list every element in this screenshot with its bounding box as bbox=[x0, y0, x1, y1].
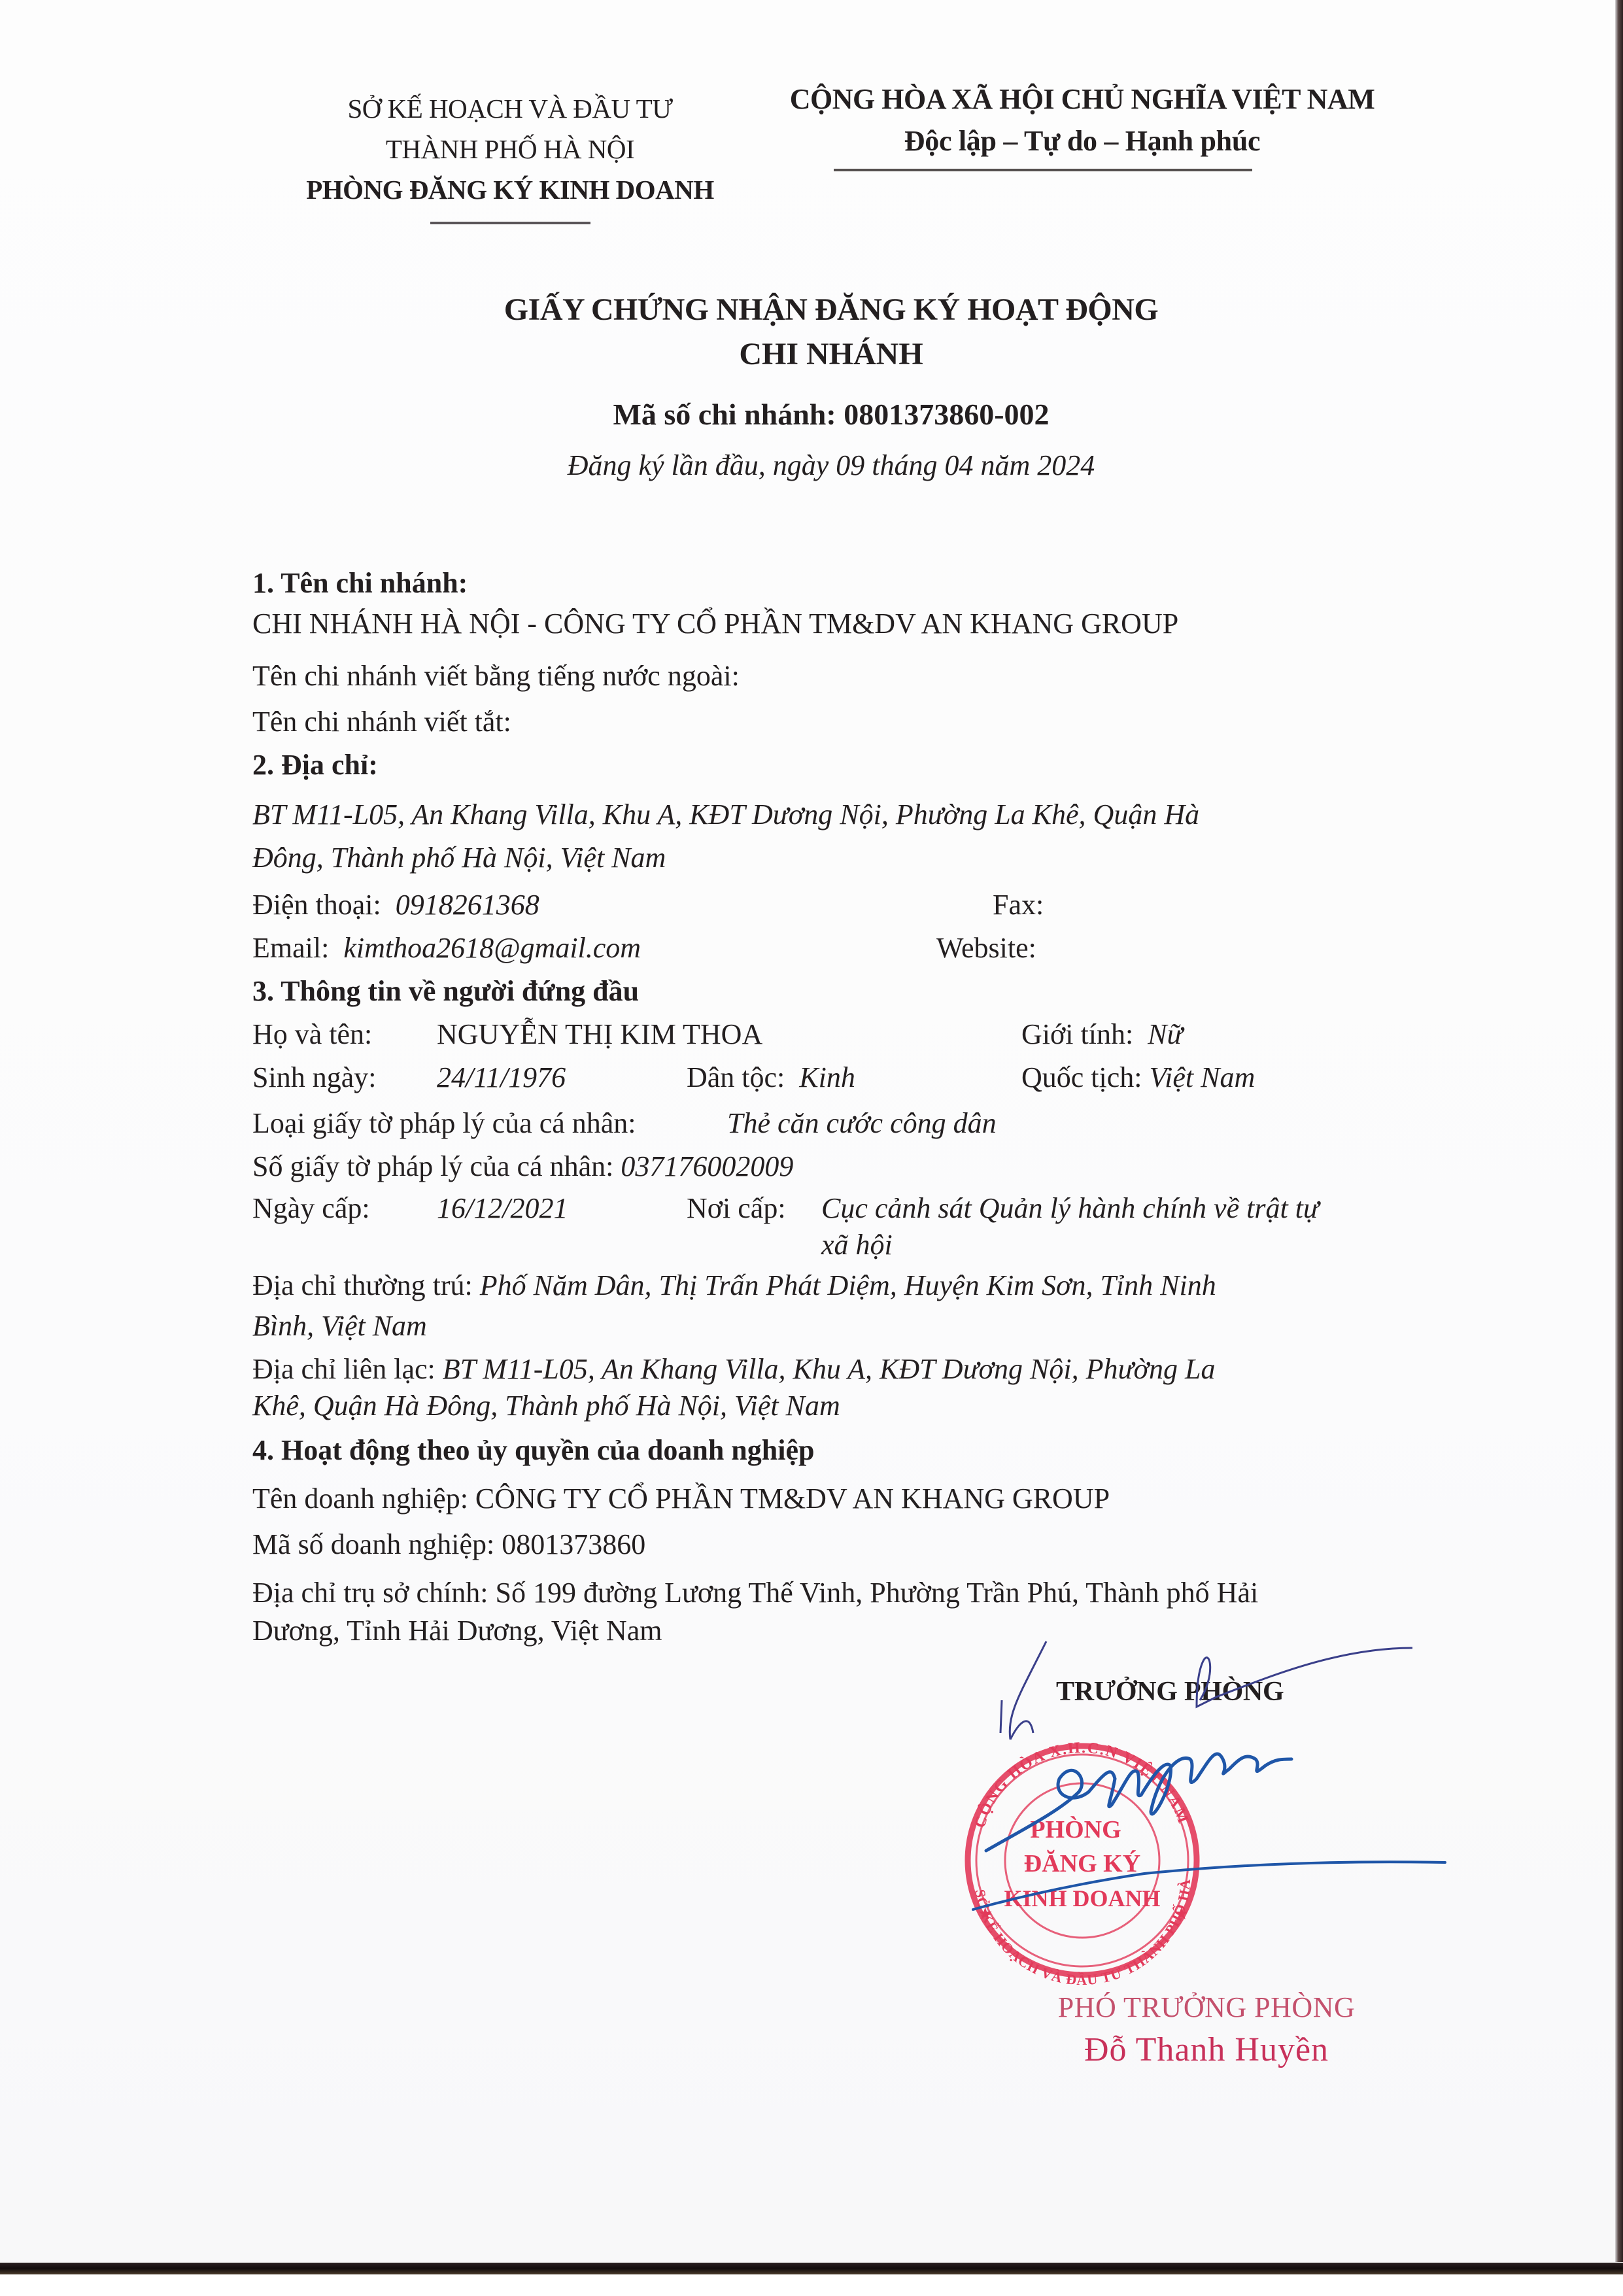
registration-date: Đăng ký lần đầu, ngày 09 tháng 04 năm 20… bbox=[39, 443, 1623, 488]
issue-date-value: 16/12/2021 bbox=[437, 1188, 568, 1229]
email-value: kimthoa2618@gmail.com bbox=[343, 932, 641, 964]
permanent-address-label: Địa chỉ thường trú: bbox=[252, 1269, 473, 1301]
issue-place-line-2: xã hội bbox=[821, 1224, 893, 1266]
certificate-subtitle: CHI NHÁNH bbox=[39, 332, 1623, 377]
email-row: Email: kimthoa2618@gmail.com bbox=[252, 927, 641, 969]
section-2-heading: 2. Địa chỉ: bbox=[252, 744, 378, 786]
company-name-value: CÔNG TY CỔ PHẦN TM&DV AN KHANG GROUP bbox=[475, 1482, 1110, 1515]
short-name-label: Tên chi nhánh viết tắt: bbox=[252, 706, 511, 738]
branch-code-value: 0801373860-002 bbox=[844, 398, 1049, 431]
id-number-value: 037176002009 bbox=[621, 1150, 793, 1182]
branch-code-label: Mã số chi nhánh: bbox=[613, 398, 836, 431]
permanent-address-value: Phố Năm Dân, Thị Trấn Phát Diệm, Huyện K… bbox=[480, 1269, 1216, 1301]
phone-row: Điện thoại: 0918261368 bbox=[252, 884, 539, 926]
ethnicity-value: Kinh bbox=[799, 1061, 855, 1093]
nationality-label: Quốc tịch: bbox=[1021, 1061, 1142, 1093]
id-number-label: Số giấy tờ pháp lý của cá nhân: bbox=[252, 1150, 613, 1182]
issue-date-label: Ngày cấp: bbox=[252, 1188, 370, 1229]
country-name: CỘNG HÒA XÃ HỘI CHỦ NGHĨA VIỆT NAM bbox=[772, 78, 1393, 120]
company-name-row: Tên doanh nghiệp: CÔNG TY CỔ PHẦN TM&DV … bbox=[252, 1478, 1110, 1520]
phone-value: 0918261368 bbox=[396, 889, 539, 921]
issue-place-label: Nơi cấp: bbox=[687, 1188, 786, 1229]
signer-title: PHÓ TRƯỞNG PHÒNG bbox=[1043, 1988, 1370, 2027]
branch-name: CHI NHÁNH HÀ NỘI - CÔNG TY CỔ PHẦN TM&DV… bbox=[252, 603, 1178, 645]
ethnicity-row: Dân tộc: Kinh bbox=[687, 1057, 855, 1099]
contact-address-line-1: Địa chỉ liên lạc: BT M11-L05, An Khang V… bbox=[252, 1348, 1215, 1390]
dob-value: 24/11/1976 bbox=[437, 1057, 566, 1099]
gender-row: Giới tính: Nữ bbox=[1021, 1014, 1183, 1055]
website-label: Website: bbox=[936, 932, 1036, 964]
gender-label: Giới tính: bbox=[1021, 1018, 1133, 1050]
branch-code-line: Mã số chi nhánh: 0801373860-002 bbox=[39, 392, 1623, 437]
foreign-name-row: Tên chi nhánh viết bằng tiếng nước ngoài… bbox=[252, 655, 740, 697]
national-motto: Độc lập – Tự do – Hạnh phúc bbox=[772, 120, 1393, 162]
hq-address-line-2: Dương, Tỉnh Hải Dương, Việt Nam bbox=[252, 1610, 662, 1652]
permanent-address-line-1: Địa chỉ thường trú: Phố Năm Dân, Thị Trấ… bbox=[252, 1265, 1216, 1307]
company-code-value: 0801373860 bbox=[502, 1528, 645, 1560]
motto-underline bbox=[834, 169, 1252, 171]
contact-address-value: BT M11-L05, An Khang Villa, Khu A, KĐT D… bbox=[443, 1353, 1216, 1385]
issuing-agency-header: SỞ KẾ HOẠCH VÀ ĐẦU TƯ THÀNH PHỐ HÀ NỘI P… bbox=[248, 88, 772, 224]
website-row: Website: bbox=[936, 927, 1036, 969]
dob-label: Sinh ngày: bbox=[252, 1057, 376, 1099]
id-number-row: Số giấy tờ pháp lý của cá nhân: 03717600… bbox=[252, 1146, 793, 1188]
ethnicity-label: Dân tộc: bbox=[687, 1061, 785, 1093]
nationality-row: Quốc tịch: Việt Nam bbox=[1021, 1057, 1255, 1099]
signature-title: TRƯỞNG PHÒNG bbox=[1056, 1676, 1284, 1707]
email-label: Email: bbox=[252, 932, 329, 964]
agency-line-1: SỞ KẾ HOẠCH VÀ ĐẦU TƯ bbox=[248, 88, 772, 129]
hq-address-line-1: Địa chỉ trụ sở chính: Số 199 đường Lương… bbox=[252, 1572, 1258, 1614]
gender-value: Nữ bbox=[1148, 1018, 1182, 1050]
issue-place-line-1: Cục cảnh sát Quản lý hành chính về trật … bbox=[821, 1188, 1319, 1229]
contact-address-line-2: Khê, Quận Hà Đông, Thành phố Hà Nội, Việ… bbox=[252, 1385, 840, 1427]
id-type-value: Thẻ căn cước công dân bbox=[727, 1103, 997, 1144]
certificate-title: GIẤY CHỨNG NHẬN ĐĂNG KÝ HOẠT ĐỘNG bbox=[39, 288, 1623, 332]
full-name-value: NGUYỄN THỊ KIM THOA bbox=[437, 1014, 762, 1055]
branch-address-line-1: BT M11-L05, An Khang Villa, Khu A, KĐT D… bbox=[252, 794, 1199, 836]
company-code-label: Mã số doanh nghiệp: bbox=[252, 1528, 494, 1560]
company-name-label: Tên doanh nghiệp: bbox=[252, 1482, 468, 1515]
national-motto-header: CỘNG HÒA XÃ HỘI CHỦ NGHĨA VIỆT NAM Độc l… bbox=[772, 78, 1393, 171]
full-name-label: Họ và tên: bbox=[252, 1014, 372, 1055]
contact-address-label: Địa chỉ liên lạc: bbox=[252, 1353, 436, 1385]
branch-address-line-2: Đông, Thành phố Hà Nội, Việt Nam bbox=[252, 837, 666, 879]
agency-line-2: THÀNH PHỐ HÀ NỘI bbox=[248, 129, 772, 169]
id-type-label: Loại giấy tờ pháp lý của cá nhân: bbox=[252, 1103, 636, 1144]
foreign-name-label: Tên chi nhánh viết bằng tiếng nước ngoài… bbox=[252, 660, 740, 692]
agency-line-3: PHÒNG ĐĂNG KÝ KINH DOANH bbox=[248, 169, 772, 210]
section-1-heading: 1. Tên chi nhánh: bbox=[252, 562, 468, 604]
company-code-row: Mã số doanh nghiệp: 0801373860 bbox=[252, 1524, 645, 1566]
hq-address-label: Địa chỉ trụ sở chính: bbox=[252, 1577, 488, 1609]
hq-address-value: Số 199 đường Lương Thế Vinh, Phường Trần… bbox=[496, 1577, 1259, 1609]
certificate-title-block: GIẤY CHỨNG NHẬN ĐĂNG KÝ HOẠT ĐỘNG CHI NH… bbox=[0, 288, 1623, 488]
nationality-value: Việt Nam bbox=[1150, 1061, 1256, 1093]
short-name-row: Tên chi nhánh viết tắt: bbox=[252, 701, 511, 743]
fax-label: Fax: bbox=[993, 889, 1044, 921]
section-4-heading: 4. Hoạt động theo ủy quyền của doanh ngh… bbox=[252, 1430, 814, 1471]
phone-label: Điện thoại: bbox=[252, 889, 381, 921]
section-3-heading: 3. Thông tin về người đứng đầu bbox=[252, 970, 639, 1012]
permanent-address-line-2: Bình, Việt Nam bbox=[252, 1305, 427, 1347]
scan-edge-bottom bbox=[0, 2263, 1623, 2274]
fax-row: Fax: bbox=[993, 884, 1044, 926]
signer-name: Đỗ Thanh Huyền bbox=[1043, 2027, 1370, 2073]
agency-underline bbox=[430, 222, 590, 224]
